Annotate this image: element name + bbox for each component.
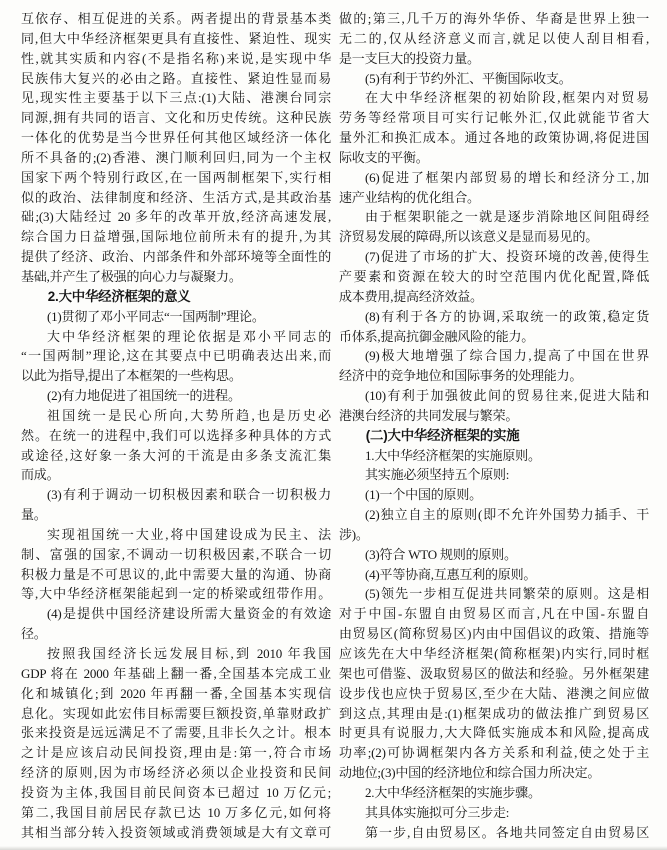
text-line: 同,但大中华经济框架更具有直接性、紧迫性、现实 — [21, 29, 331, 49]
text-line: (3)有利于调动一切积极因素和联合一切积极力 — [21, 485, 331, 505]
text-line: 等,大中华经济框架能起到一定的桥梁或纽带作用。 — [21, 584, 331, 604]
text-line: 是一支巨大的投资力量。 — [339, 49, 649, 69]
text-line: 产要素和资源在较大的时空范围内优化配置,降低 — [339, 267, 649, 287]
text-line: (2)独立自主的原则(即不允许外国势力插手、干 — [339, 505, 649, 525]
text-line: (5)有利于节约外汇、平衡国际收支。 — [339, 69, 649, 89]
text-line: 互依存、相互促进的关系。两者提出的背景基本类 — [21, 9, 331, 29]
text-line: 港澳台经济的共同发展与繁荣。 — [339, 406, 649, 426]
text-line: 到这点,其理由是:(1)框架成功的做法推广到贸易区 — [339, 704, 649, 724]
text-line: 民族伟大复兴的必由之路。直接性、紧迫性显而易 — [21, 69, 331, 89]
text-line: 经济的原则,因为市场经济必须以企业投资和民间 — [21, 763, 331, 783]
text-line: 对于中国-东盟自由贸易区而言,凡在中国-东盟自 — [339, 604, 649, 624]
text-line: 2.大中华经济框架的实施步骤。 — [339, 783, 649, 803]
text-line: (8)有利于各方的协调,采取统一的政策,稳定货 — [339, 307, 649, 327]
text-line: (5)领先一步相互促进共同繁荣的原则。这是相 — [339, 584, 649, 604]
text-line: 张来投资是远远满足不了需要,且非长久之计。根本 — [21, 723, 331, 743]
text-line: 而成。 — [21, 465, 331, 485]
right-column: 做的;第三,几千万的海外华侨、华裔是世界上独一无二的,仅从经济意义而言,就足以使… — [339, 9, 649, 850]
text-line: (9)极大地增强了综合国力,提高了中国在世界 — [339, 346, 649, 366]
section-heading: 2.大中华经济框架的意义 — [21, 287, 331, 307]
text-line: 实现祖国统一大业,将中国建设成为民主、法 — [21, 525, 331, 545]
text-line: 动地位;(3)中国的经济地位和综合国力所决定。 — [339, 763, 649, 783]
text-line: 大中华经济框架的理论依据是邓小平同志的 — [21, 327, 331, 347]
text-line: 币体系,提高抗御金融风险的能力。 — [339, 327, 649, 347]
text-line: 济贸易发展的障碍,所以该意义是显而易见的。 — [339, 227, 649, 247]
text-line: GDP 将在 2000 年基础上翻一番,全国基本完成工业 — [21, 664, 331, 684]
text-line: 见,现实性主要基于以下三点:(1)大陆、港澳台同宗 — [21, 88, 331, 108]
text-line: 1.大中华经济框架的实施原则。 — [339, 446, 649, 466]
text-line: 投资为主体,我国目前民间资本已超过 10 万亿元; — [21, 783, 331, 803]
text-line: 性,就其实质和内容(不是指名称)来说,是实现中华 — [21, 49, 331, 69]
text-line: 按照我国经济长远发展目标,到 2010 年我国 — [21, 644, 331, 664]
text-line: (1)一个中国的原则。 — [339, 485, 649, 505]
text-line: 其相当部分转入投资领域或消费领域是大有文章可 — [21, 823, 331, 843]
scan-edge-artifact — [0, 846, 667, 850]
text-line: 应该先在大中华经济框架(简称框架)内实行,同时框 — [339, 644, 649, 664]
text-line: (4)是提供中国经济建设所需大量资金的有效途 — [21, 604, 331, 624]
text-line: 积极力量是不可思议的,此中需要大量的沟通、协商 — [21, 565, 331, 585]
text-line: 劳务等经常项目可实行记帐外汇,仅此就能节省大 — [339, 108, 649, 128]
text-line: 其实施必须坚持五个原则: — [339, 465, 649, 485]
text-line: 做的;第三,几千万的海外华侨、华裔是世界上独一 — [339, 9, 649, 29]
text-line: (7)促进了市场的扩大、投资环境的改善,使得生 — [339, 247, 649, 267]
text-line: 无二的,仅从经济意义而言,就足以使人刮目相看, — [339, 29, 649, 49]
text-line: (10)有利于加强彼此间的贸易往来,促进大陆和 — [339, 386, 649, 406]
text-line: 化和城镇化;到 2020 年再翻一番,全国基本实现信 — [21, 684, 331, 704]
text-line: 际收支的平衡。 — [339, 148, 649, 168]
text-line: 制、富强的国家,不调动一切积极因素,不联合一切 — [21, 545, 331, 565]
text-line: 或途径,这好象一条大河的干流是由多条支流汇集 — [21, 446, 331, 466]
text-line: 国家下两个特别行政区,在一国两制框架下,实行相 — [21, 168, 331, 188]
text-line: 成本费用,提高经济效益。 — [339, 287, 649, 307]
text-line: 息化。实现如此宏伟目标需要巨额投资,单靠财政扩 — [21, 704, 331, 724]
text-line: 量外汇和换汇成本。通过各地的政策协调,将促进国 — [339, 128, 649, 148]
text-line: (3)符合 WTO 规则的原则。 — [339, 545, 649, 565]
text-line: 然。在统一的进程中,我们可以选择多种具体的方式 — [21, 426, 331, 446]
left-column: 互依存、相互促进的关系。两者提出的背景基本类同,但大中华经济框架更具有直接性、紧… — [21, 9, 331, 850]
text-line: 架也可借鉴、汲取贸易区的做法和经验。另外框架建 — [339, 664, 649, 684]
text-line: 祖国统一是民心所向,大势所趋,也是历史必 — [21, 406, 331, 426]
text-line: 由于框架职能之一就是逐步消除地区间阻碍经 — [339, 207, 649, 227]
text-line: 所不具备的;(2)香港、澳门顺利回归,同为一个主权 — [21, 148, 331, 168]
text-line: 由贸易区(简称贸易区)内由中国倡议的政策、措施等 — [339, 624, 649, 644]
text-line: (1)贯彻了邓小平同志“一国两制”理论。 — [21, 307, 331, 327]
text-line: 涉)。 — [339, 525, 649, 545]
text-line: 其具体实施拟可分三步走: — [339, 803, 649, 823]
text-line: 量。 — [21, 505, 331, 525]
text-line: 时更具有说服力,大大降低实施成本和风险,提高成 — [339, 723, 649, 743]
text-line: 似的政治、法律制度和经济、生活方式,是其政治基 — [21, 188, 331, 208]
text-line: 以此为指导,提出了本框架的一些构思。 — [21, 366, 331, 386]
text-line: (2)有力地促进了祖国统一的进程。 — [21, 386, 331, 406]
section-heading: (二)大中华经济框架的实施 — [339, 426, 649, 446]
text-line: 一体化的优势是当今世界任何其他区域经济一体化 — [21, 128, 331, 148]
text-line: 之计是应该启动民间投资,理由是:第一,符合市场 — [21, 743, 331, 763]
text-line: “一国两制”理论,这在其要点中已明确表达出来,而 — [21, 346, 331, 366]
text-line: 经济中的竞争地位和国际事务的处理能力。 — [339, 366, 649, 386]
text-line: 设步伐也应快于贸易区,至少在大陆、港澳之间应做 — [339, 684, 649, 704]
text-line: 综合国力日益增强,国际地位前所未有的提升,为其 — [21, 227, 331, 247]
text-line: 提供了经济、政治、内部条件和外部环境等全面性的 — [21, 247, 331, 267]
text-line: (4)平等协商,互惠互利的原则。 — [339, 565, 649, 585]
text-line: 径。 — [21, 624, 331, 644]
text-line: 础;(3)大陆经过 20 多年的改革开放,经济高速发展, — [21, 207, 331, 227]
document-page: 互依存、相互促进的关系。两者提出的背景基本类同,但大中华经济框架更具有直接性、紧… — [0, 0, 667, 850]
text-line: (6)促进了框架内部贸易的增长和经济分工,加 — [339, 168, 649, 188]
text-line: 功率;(2)可协调框架内各方关系和利益,使之处于主 — [339, 743, 649, 763]
text-line: 在大中华经济框架的初始阶段,框架内对贸易 — [339, 88, 649, 108]
text-line: 基础,并产生了极强的向心力与凝聚力。 — [21, 267, 331, 287]
text-line: 同源,拥有共同的语言、文化和历史传统。这种民族 — [21, 108, 331, 128]
text-line: 第一步,自由贸易区。各地共同签定自由贸易区 — [339, 823, 649, 843]
text-line: 速产业结构的优化组合。 — [339, 188, 649, 208]
text-line: 第二,我国目前居民存款已达 10 万多亿元,如何将 — [21, 803, 331, 823]
